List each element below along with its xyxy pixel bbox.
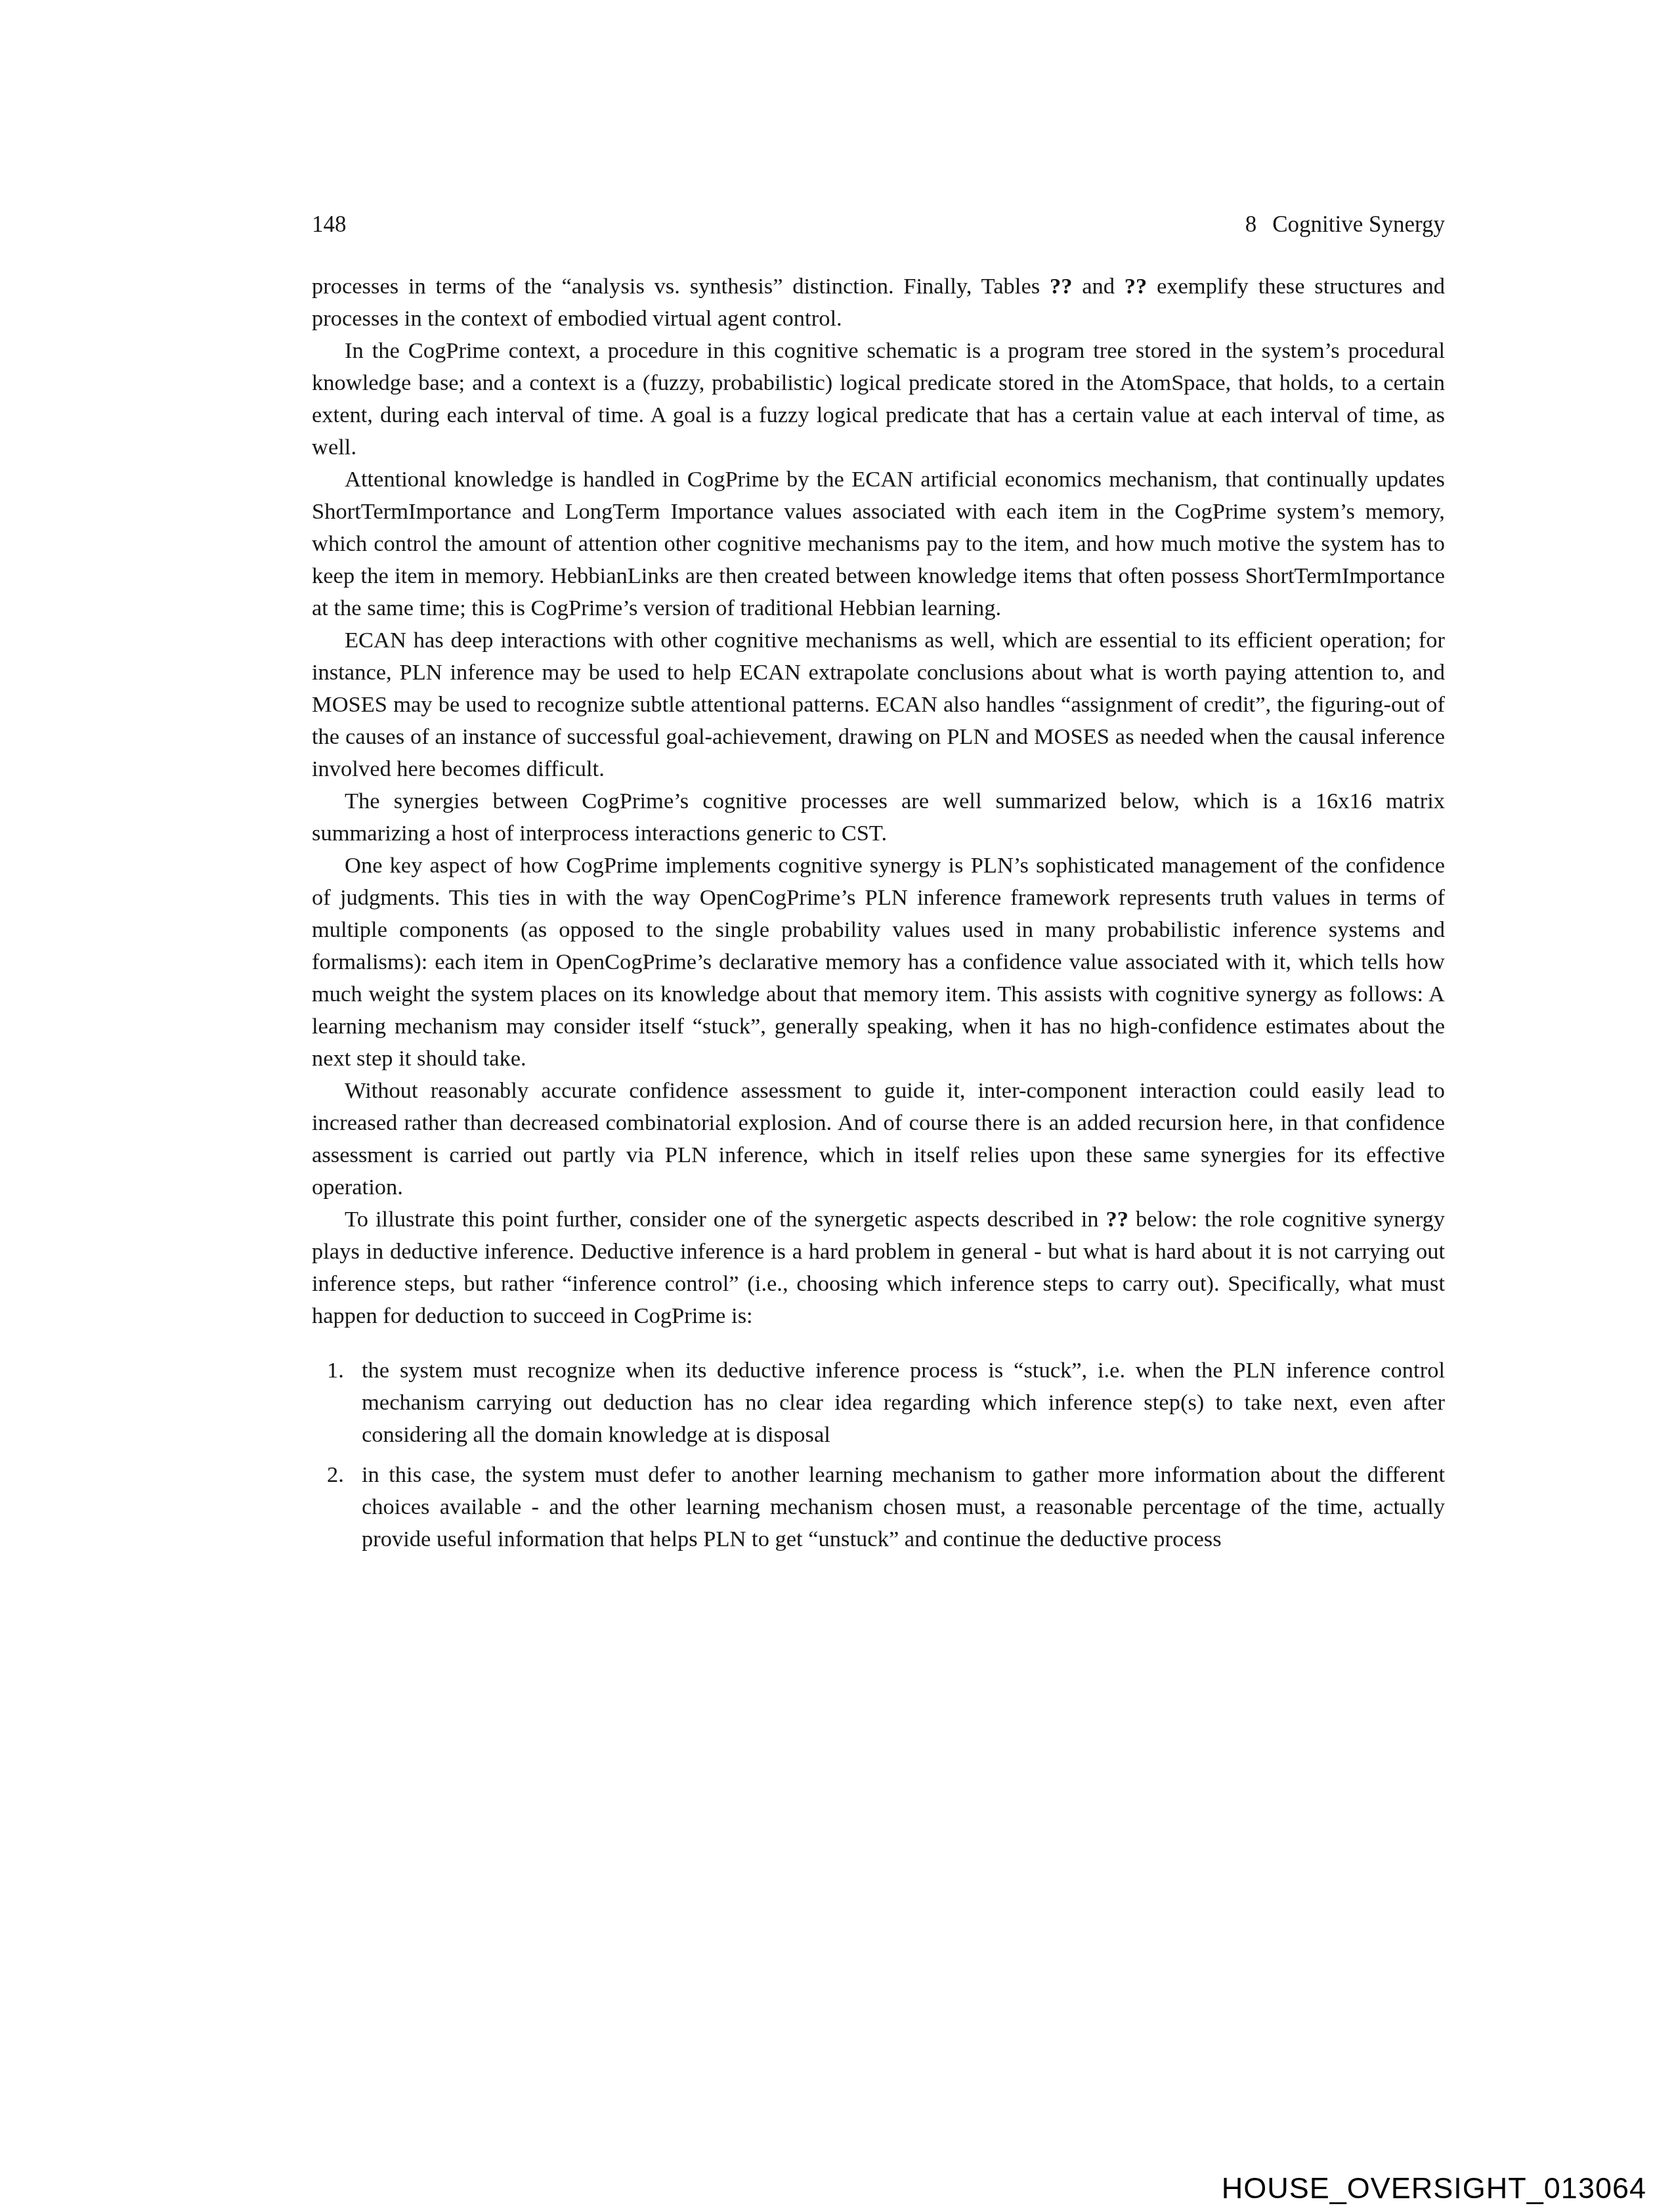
body-paragraph-6: One key aspect of how CogPrime implement… bbox=[312, 850, 1445, 1075]
text-segment: The synergies between CogPrime’s cogniti… bbox=[312, 789, 1445, 846]
text-segment: the system must recognize when its deduc… bbox=[362, 1358, 1445, 1447]
body-paragraph-3: Attentional knowledge is handled in CogP… bbox=[312, 464, 1445, 624]
text-segment: ECAN has deep interactions with other co… bbox=[312, 628, 1445, 781]
unresolved-reference: ?? bbox=[1106, 1207, 1129, 1232]
document-page: 148 8Cognitive Synergy processes in term… bbox=[0, 0, 1674, 2212]
body-text: processes in terms of the “analysis vs. … bbox=[312, 271, 1445, 1555]
list-item-1-text: the system must recognize when its deduc… bbox=[362, 1355, 1445, 1451]
body-paragraph-8: To illustrate this point further, consid… bbox=[312, 1204, 1445, 1332]
text-segment: To illustrate this point further, consid… bbox=[345, 1207, 1106, 1232]
list-item-1: 1. the system must recognize when its de… bbox=[312, 1355, 1445, 1451]
text-segment: processes in terms of the “analysis vs. … bbox=[312, 274, 1050, 299]
text-segment: In the CogPrime context, a procedure in … bbox=[312, 338, 1445, 460]
list-item-2-text: in this case, the system must defer to a… bbox=[362, 1459, 1445, 1555]
text-segment: in this case, the system must defer to a… bbox=[362, 1462, 1445, 1551]
text-segment: Attentional knowledge is handled in CogP… bbox=[312, 467, 1445, 620]
text-segment: and bbox=[1072, 274, 1124, 299]
unresolved-reference: ?? bbox=[1050, 274, 1073, 299]
body-paragraph-7: Without reasonably accurate confidence a… bbox=[312, 1075, 1445, 1204]
text-segment: One key aspect of how CogPrime implement… bbox=[312, 853, 1445, 1071]
list-item-2-marker: 2. bbox=[312, 1459, 362, 1555]
text-segment: Without reasonably accurate confidence a… bbox=[312, 1078, 1445, 1200]
body-paragraph-1: processes in terms of the “analysis vs. … bbox=[312, 271, 1445, 335]
numbered-list: 1. the system must recognize when its de… bbox=[312, 1355, 1445, 1555]
list-item-1-marker: 1. bbox=[312, 1355, 362, 1451]
chapter-heading: 8Cognitive Synergy bbox=[1245, 211, 1445, 238]
body-paragraph-5: The synergies between CogPrime’s cogniti… bbox=[312, 785, 1445, 850]
chapter-number: 8 bbox=[1245, 211, 1257, 237]
text-block: 148 8Cognitive Synergy processes in term… bbox=[312, 211, 1445, 1555]
page-number: 148 bbox=[312, 211, 347, 238]
watermark-text: HOUSE_OVERSIGHT_013064 bbox=[1222, 2171, 1646, 2205]
chapter-title: Cognitive Synergy bbox=[1272, 211, 1445, 237]
list-item-2: 2. in this case, the system must defer t… bbox=[312, 1459, 1445, 1555]
body-paragraph-2: In the CogPrime context, a procedure in … bbox=[312, 335, 1445, 464]
body-paragraph-4: ECAN has deep interactions with other co… bbox=[312, 624, 1445, 785]
running-header: 148 8Cognitive Synergy bbox=[312, 211, 1445, 238]
unresolved-reference: ?? bbox=[1125, 274, 1148, 299]
